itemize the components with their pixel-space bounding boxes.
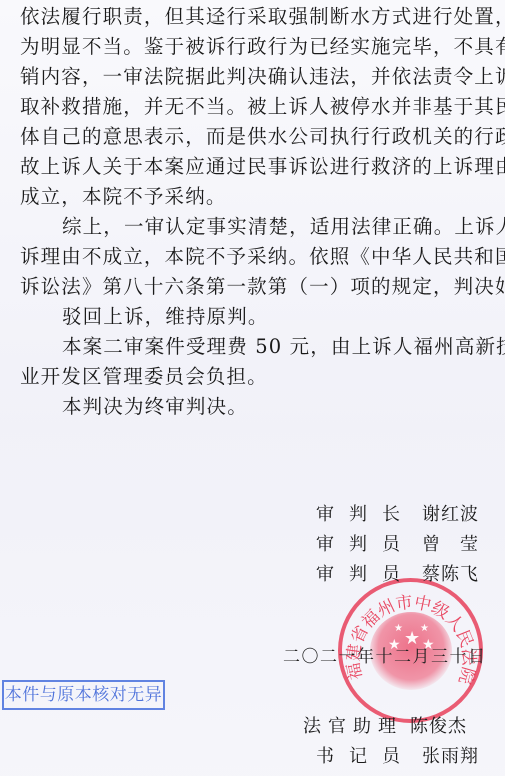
- clerk-name: 张雨翔: [422, 742, 479, 772]
- body-line-2: 为明显不当。鉴于被诉行政行为已经实施完毕，不具有可撤: [20, 32, 490, 62]
- signature-judge-1: 审判员 曾 莹: [316, 530, 479, 560]
- verification-stamp: 本件与原本核对无异: [2, 680, 165, 710]
- role-label: 审判员: [316, 530, 404, 560]
- body-line-1: 依法履行职责，但其迳行采取强制断水方式进行处置，此行: [20, 2, 490, 32]
- star-icon: ★: [394, 622, 403, 636]
- conclusion-paragraph-line-2: 诉理由不成立，本院不予采纳。依照《中华人民共和国行政: [20, 242, 490, 272]
- judgment-page: 依法履行职责，但其迳行采取强制断水方式进行处置，此行 为明显不当。鉴于被诉行政行…: [0, 0, 505, 776]
- fee-line-2: 业开发区管理委员会负担。: [20, 362, 490, 392]
- presiding-judge-name: 谢红波: [422, 500, 479, 530]
- body-line-3: 销内容，一审法院据此判决确认违法，并依法责令上诉人采: [20, 62, 490, 92]
- conclusion-paragraph-line-3: 诉讼法》第八十六条第一款第（一）项的规定，判决如下：: [20, 272, 490, 302]
- body-line-5: 体自己的意思表示，而是供水公司执行行政机关的行政指令，: [20, 122, 490, 152]
- ruling-line: 驳回上诉，维持原判。: [62, 302, 505, 332]
- signature-presiding-judge: 审判长 谢红波: [316, 500, 479, 530]
- assistant-name: 陈俊杰: [410, 712, 467, 742]
- svg-text:福建省福州市中级人民法院: 福建省福州市中级人民法院: [344, 593, 479, 687]
- body-line-6: 故上诉人关于本案应通过民事诉讼进行救济的上诉理由不: [20, 152, 490, 182]
- final-judgment-line: 本判决为终审判决。: [62, 392, 505, 422]
- role-label: 审判长: [316, 500, 404, 530]
- body-line-4: 取补救措施，并无不当。被上诉人被停水并非基于其民事主: [20, 92, 490, 122]
- judge-2-name: 蔡陈飞: [422, 560, 479, 590]
- role-label: 法官助理: [303, 712, 400, 742]
- star-icon: ★: [420, 622, 429, 636]
- body-line-7: 成立，本院不予采纳。: [20, 182, 490, 212]
- signature-judge-2: 审判员 蔡陈飞: [316, 560, 479, 590]
- role-label: 书记员: [316, 742, 404, 772]
- fee-line-1: 本案二审案件受理费 50 元，由上诉人福州高新技术产: [62, 332, 505, 362]
- judgment-date: 二〇二一年十二月三十日: [283, 642, 487, 672]
- signature-clerk: 书记员 张雨翔: [316, 742, 479, 772]
- signature-judge-assistant: 法官助理 陈俊杰: [303, 712, 467, 742]
- conclusion-paragraph-line-1: 综上，一审认定事实清楚，适用法律正确。上诉人的上: [62, 212, 505, 242]
- judge-1-name: 曾 莹: [422, 530, 479, 560]
- role-label: 审判员: [316, 560, 404, 590]
